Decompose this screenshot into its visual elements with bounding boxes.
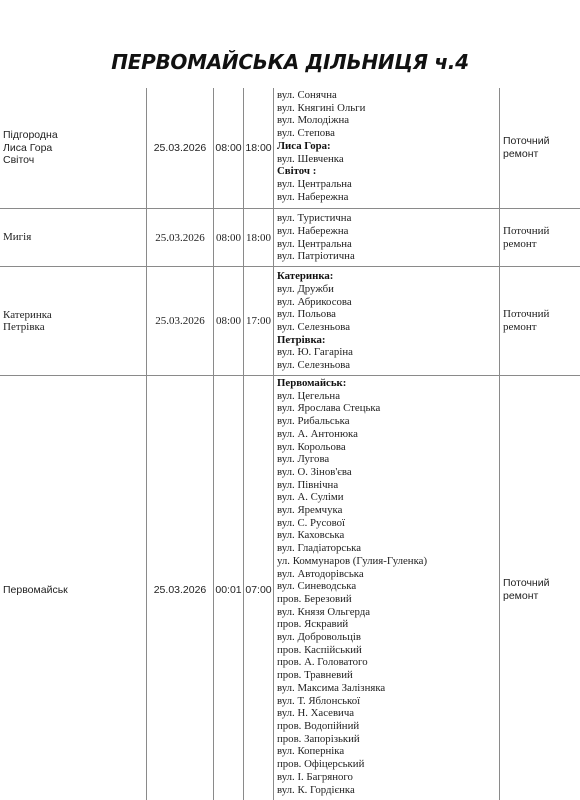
street-name: пров. Травневий (277, 669, 496, 682)
street-name: пров. Водопійний (277, 720, 496, 733)
work-type-text: Поточний (503, 135, 577, 148)
date-cell: 25.03.2026 (147, 376, 214, 800)
location-name: Мигія (3, 231, 143, 244)
street-name: вул. Степова (277, 127, 496, 140)
settlement-heading: Катеринка: (277, 270, 496, 283)
location-name: Первомайськ (3, 584, 143, 597)
street-name: вул. Польова (277, 308, 496, 321)
start-time-cell: 00:01 (214, 376, 244, 800)
work-type-cell: Поточнийремонт (500, 209, 580, 267)
date-cell: 25.03.2026 (147, 267, 214, 376)
street-name: вул. Туристична (277, 212, 496, 225)
settlement-heading: Лиса Гора: (277, 140, 496, 153)
street-name: вул. Ярослава Стецька (277, 402, 496, 415)
streets-cell: вул. Туристичнавул. Набережнавул. Центра… (274, 209, 500, 267)
end-time-cell: 18:00 (244, 209, 274, 267)
end-time-cell: 07:00 (244, 376, 274, 800)
street-name: вул. С. Русової (277, 517, 496, 530)
locations-cell: ПідгороднаЛиса ГораСвіточ (0, 88, 147, 209)
street-name: вул. Н. Хасевича (277, 707, 496, 720)
streets-cell: Катеринка:вул. Дружбивул. Абрикосовавул.… (274, 267, 500, 376)
street-name: пров. А. Головатого (277, 656, 496, 669)
street-name: вул. Абрикосова (277, 296, 496, 309)
table-row: КатеринкаПетрівка 25.03.2026 08:00 17:00… (0, 267, 580, 376)
street-name: вул. Центральна (277, 238, 496, 251)
street-name: вул. Гладіаторська (277, 542, 496, 555)
work-type-text: ремонт (503, 590, 577, 603)
street-name: вул. Дружби (277, 283, 496, 296)
street-name: вул. Молодіжна (277, 114, 496, 127)
work-type-text: ремонт (503, 321, 577, 334)
street-name: вул. Князя Ольгерда (277, 606, 496, 619)
street-name: вул. Яремчука (277, 504, 496, 517)
settlement-heading: Світоч : (277, 165, 496, 178)
location-name: Лиса Гора (3, 142, 143, 155)
street-name: пров. Офіцерський (277, 758, 496, 771)
street-name: вул. Північна (277, 479, 496, 492)
street-name: вул. Шевченка (277, 153, 496, 166)
street-name: вул. Сонячна (277, 89, 496, 102)
page-title: ПЕРВОМАЙСЬКА ДІЛЬНИЦЯ ч.4 (0, 50, 580, 74)
street-name: вул. Синеводська (277, 580, 496, 593)
location-name: Катеринка (3, 309, 143, 322)
street-name: пров. Запорізький (277, 733, 496, 746)
date-cell: 25.03.2026 (147, 88, 214, 209)
street-name: пров. Каспійський (277, 644, 496, 657)
location-name: Петрівка (3, 321, 143, 334)
end-time-cell: 18:00 (244, 88, 274, 209)
streets-cell: Первомайськ:вул. Цегельнавул. Ярослава С… (274, 376, 500, 800)
table-row: ПідгороднаЛиса ГораСвіточ 25.03.2026 08:… (0, 88, 580, 209)
street-name: вул. Цегельна (277, 390, 496, 403)
street-name: вул. А. Суліми (277, 491, 496, 504)
end-time-cell: 17:00 (244, 267, 274, 376)
streets-cell: вул. Сонячнавул. Княгині Ольгивул. Молод… (274, 88, 500, 209)
street-name: вул. Корольова (277, 441, 496, 454)
location-name: Підгородна (3, 129, 143, 142)
settlement-heading: Первомайськ: (277, 377, 496, 390)
street-name: вул. А. Антонюка (277, 428, 496, 441)
work-type-cell: Поточнийремонт (500, 88, 580, 209)
start-time-cell: 08:00 (214, 88, 244, 209)
locations-cell: Мигія (0, 209, 147, 267)
work-type-cell: Поточнийремонт (500, 376, 580, 800)
street-name: вул. Селезньова (277, 321, 496, 334)
street-name: вул. Набережна (277, 191, 496, 204)
street-name: вул. О. Зінов'єва (277, 466, 496, 479)
street-name: вул. К. Гордієнка (277, 784, 496, 797)
location-name: Світоч (3, 154, 143, 167)
outage-schedule-table: ПідгороднаЛиса ГораСвіточ 25.03.2026 08:… (0, 88, 580, 800)
work-type-text: ремонт (503, 148, 577, 161)
street-name: вул. Т. Яблонської (277, 695, 496, 708)
street-name: вул. Коперніка (277, 745, 496, 758)
settlement-heading: Петрівка: (277, 334, 496, 347)
street-name: вул. Добровольців (277, 631, 496, 644)
work-type-text: ремонт (503, 238, 577, 251)
street-name: вул. І. Багряного (277, 771, 496, 784)
street-name: вул. Набережна (277, 225, 496, 238)
work-type-text: Поточний (503, 577, 577, 590)
street-name: пров. Яскравий (277, 618, 496, 631)
street-name: вул. Патріотична (277, 250, 496, 263)
street-name: вул. Селезньова (277, 359, 496, 372)
street-name: вул. Центральна (277, 178, 496, 191)
street-name: вул. Максима Залізняка (277, 682, 496, 695)
street-name: вул. Княгині Ольги (277, 102, 496, 115)
street-name: вул. Лугова (277, 453, 496, 466)
street-name: вул. Рибальська (277, 415, 496, 428)
street-name: ул. Коммунаров (Гулия-Гуленка) (277, 555, 496, 568)
locations-cell: Первомайськ (0, 376, 147, 800)
start-time-cell: 08:00 (214, 209, 244, 267)
table-row: Мигія 25.03.2026 08:00 18:00 вул. Турист… (0, 209, 580, 267)
date-cell: 25.03.2026 (147, 209, 214, 267)
street-name: вул. Ю. Гагаріна (277, 346, 496, 359)
street-name: вул. Автодорівська (277, 568, 496, 581)
street-name: пров. Березовий (277, 593, 496, 606)
street-name: вул. Каховська (277, 529, 496, 542)
table-row: Первомайськ 25.03.2026 00:01 07:00 Перво… (0, 376, 580, 800)
locations-cell: КатеринкаПетрівка (0, 267, 147, 376)
work-type-text: Поточний (503, 225, 577, 238)
start-time-cell: 08:00 (214, 267, 244, 376)
work-type-text: Поточний (503, 308, 577, 321)
work-type-cell: Поточнийремонт (500, 267, 580, 376)
